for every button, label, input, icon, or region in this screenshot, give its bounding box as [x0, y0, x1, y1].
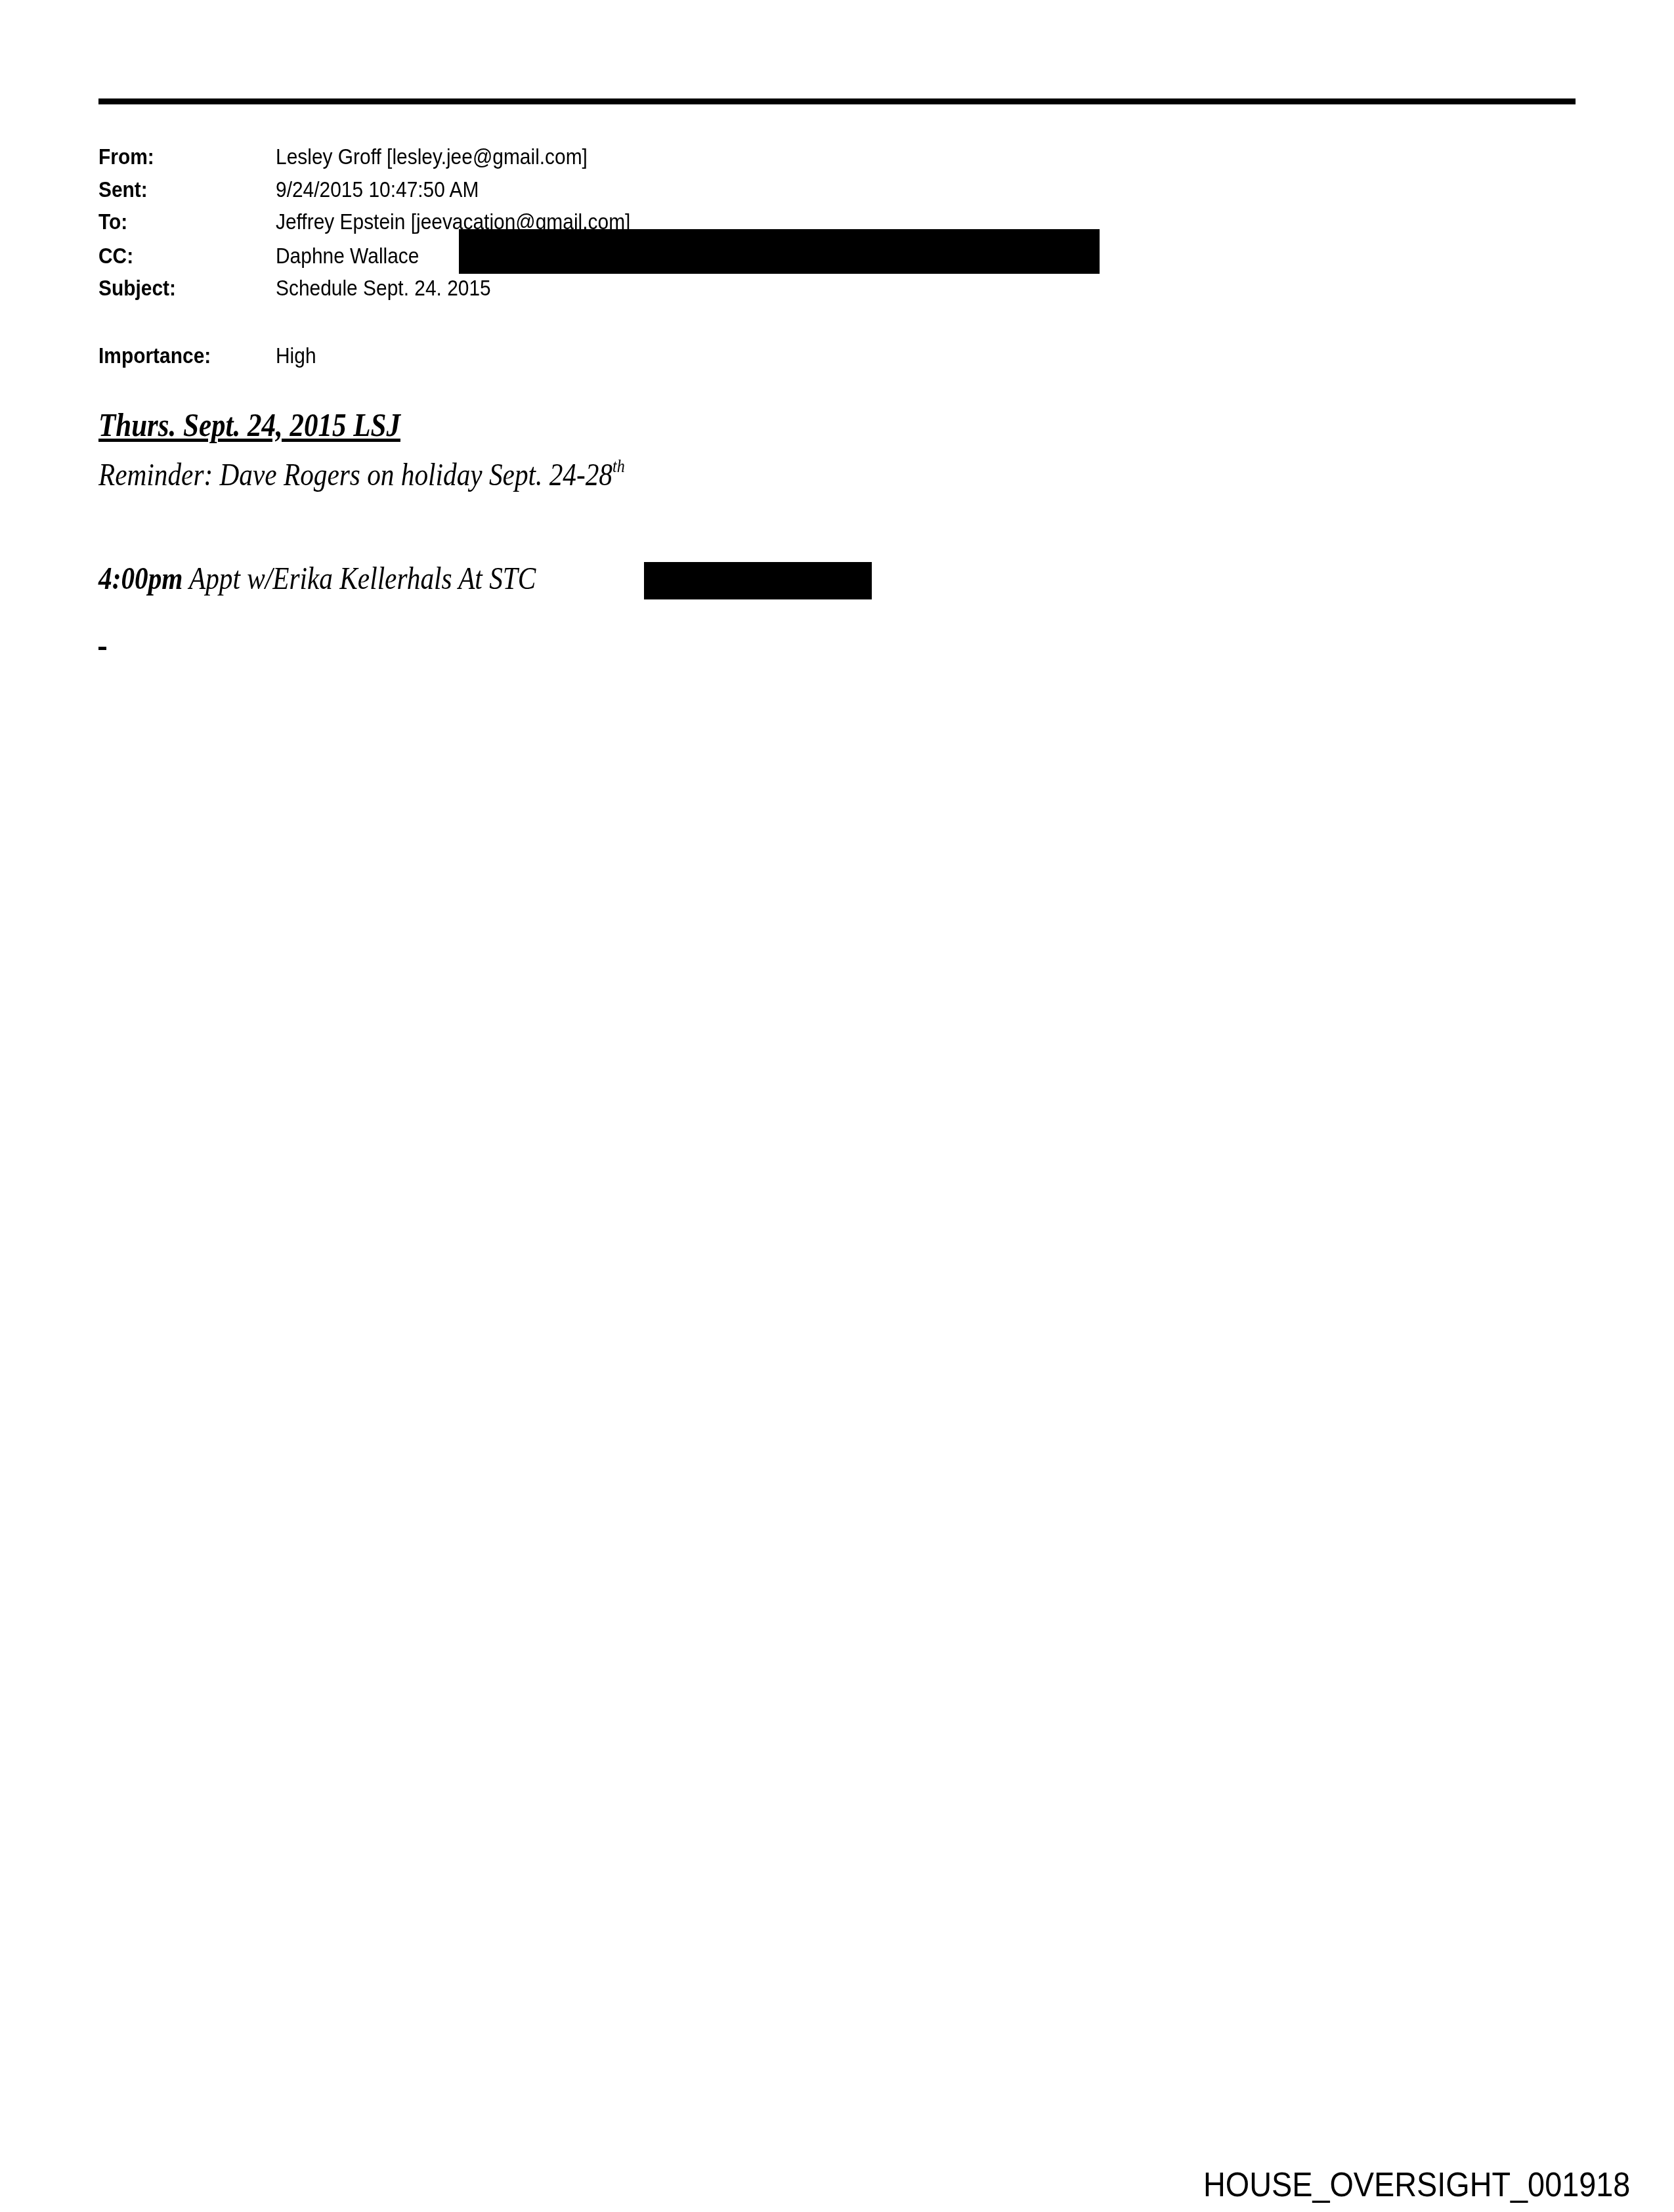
- importance-value: High: [276, 343, 316, 369]
- sent-label: Sent:: [98, 177, 148, 203]
- header-separator-rule: [98, 98, 1576, 104]
- reminder-line: Reminder: Dave Rogers on holiday Sept. 2…: [98, 456, 625, 494]
- reminder-text: Reminder: Dave Rogers on holiday Sept. 2…: [98, 458, 612, 492]
- bates-number: HOUSE_OVERSIGHT_001918: [1203, 2165, 1630, 2205]
- reminder-ordinal-suffix: th: [612, 456, 625, 477]
- appointment-text: Appt w/Erika Kellerhals At STC: [182, 561, 536, 596]
- subject-value: Schedule Sept. 24. 2015: [276, 275, 491, 301]
- importance-label: Importance:: [98, 343, 211, 369]
- appointment-time: 4:00pm: [98, 561, 182, 596]
- cc-label: CC:: [98, 243, 133, 269]
- cc-redaction-box: [459, 229, 1100, 274]
- subject-label: Subject:: [98, 275, 176, 301]
- appointment-redaction-box: [644, 562, 872, 599]
- trailing-dash: [98, 647, 106, 650]
- cc-value: Daphne Wallace: [276, 243, 419, 269]
- from-label: From:: [98, 144, 154, 170]
- appointment-line: 4:00pm Appt w/Erika Kellerhals At STC: [98, 560, 536, 598]
- schedule-heading: Thurs. Sept. 24, 2015 LSJ: [98, 405, 400, 445]
- from-value: Lesley Groff [lesley.jee@gmail.com]: [276, 144, 588, 170]
- sent-value: 9/24/2015 10:47:50 AM: [276, 177, 479, 203]
- to-label: To:: [98, 209, 127, 235]
